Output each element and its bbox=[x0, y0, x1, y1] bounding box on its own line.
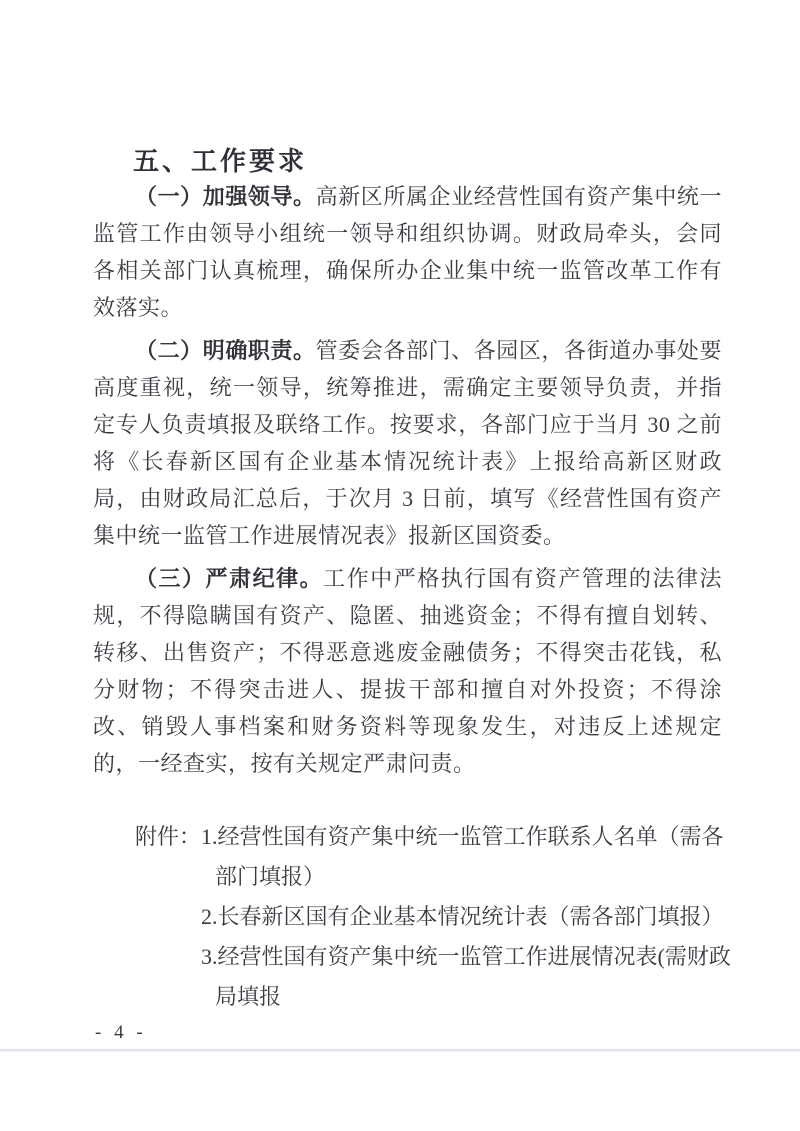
section-heading: 五、工作要求 bbox=[93, 146, 722, 176]
paragraph-strengthen-leadership: （一）加强领导。高新区所属企业经营性国有资产集中统一监管工作由领导小组统一领导和… bbox=[93, 178, 722, 326]
page-edge-line bbox=[0, 1049, 800, 1052]
attachments-list: 1.经营性国有资产集中统一监管工作联系人名单（需各部门填报） 2.长春新区国有企… bbox=[201, 817, 731, 1017]
paragraph-3-text: 工作中严格执行国有资产管理的法律法规，不得隐瞒国有资产、隐匿、抽逃资金；不得有擅… bbox=[93, 566, 722, 776]
document-body: 五、工作要求 （一）加强领导。高新区所属企业经营性国有资产集中统一监管工作由领导… bbox=[93, 146, 722, 1017]
paragraph-strict-discipline: （三）严肃纪律。工作中严格执行国有资产管理的法律法规，不得隐瞒国有资产、隐匿、抽… bbox=[93, 560, 722, 782]
attachment-item-2: 2.长春新区国有企业基本情况统计表（需各部门填报） bbox=[201, 897, 731, 937]
paragraph-2-text: 管委会各部门、各园区，各街道办事处要高度重视，统一领导，统筹推进，需确定主要领导… bbox=[93, 338, 722, 548]
paragraph-2-label: （二）明确职责。 bbox=[135, 338, 316, 363]
page-number: - 4 - bbox=[95, 1022, 147, 1044]
attachments-block: 附件： 1.经营性国有资产集中统一监管工作联系人名单（需各部门填报） 2.长春新… bbox=[135, 817, 722, 1017]
document-page: 五、工作要求 （一）加强领导。高新区所属企业经营性国有资产集中统一监管工作由领导… bbox=[0, 0, 800, 1131]
attachment-item-1: 1.经营性国有资产集中统一监管工作联系人名单（需各部门填报） bbox=[201, 817, 731, 897]
paragraph-1-label: （一）加强领导。 bbox=[135, 184, 316, 209]
attachments-label: 附件： bbox=[135, 817, 201, 857]
paragraph-3-label: （三）严肃纪律。 bbox=[135, 566, 323, 591]
attachment-item-3: 3.经营性国有资产集中统一监管工作进展情况表(需财政局填报 bbox=[201, 937, 731, 1017]
paragraph-clarify-duties: （二）明确职责。管委会各部门、各园区，各街道办事处要高度重视，统一领导，统筹推进… bbox=[93, 332, 722, 554]
